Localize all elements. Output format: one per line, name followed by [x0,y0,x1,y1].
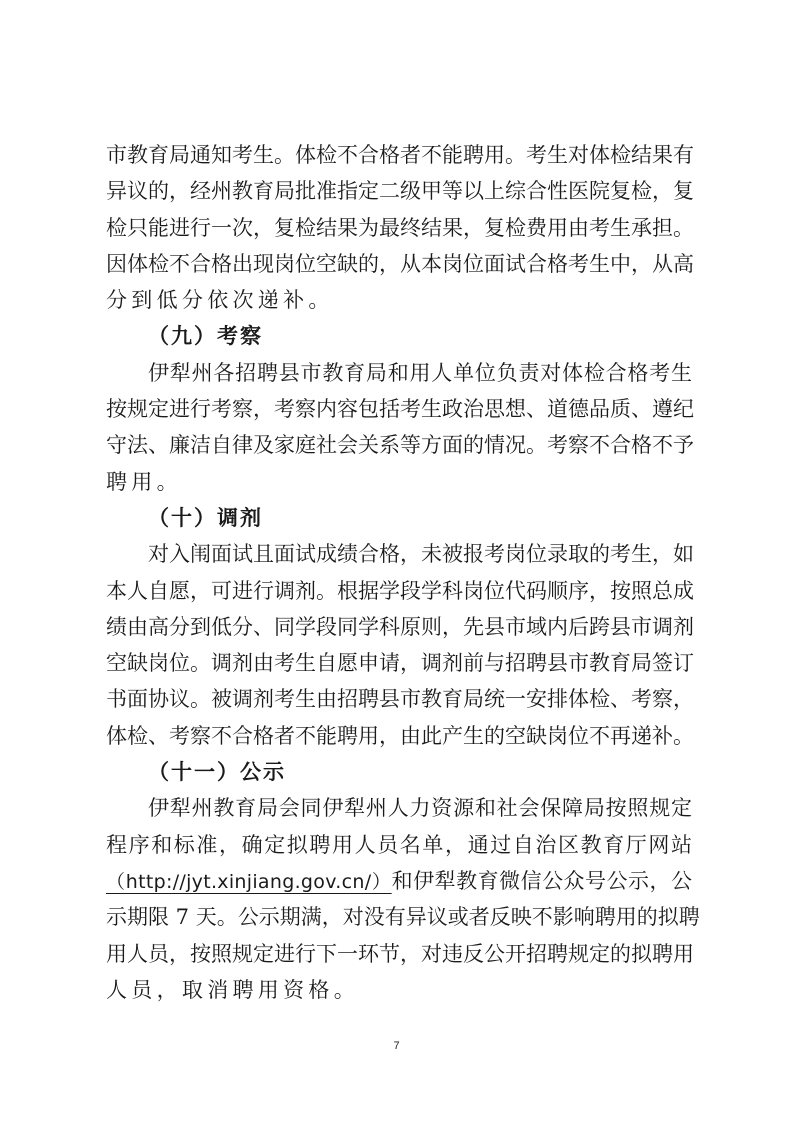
education-department-website-link[interactable]: （http://jyt.xinjiang.gov.cn/） [106,871,392,893]
text-line: 异议的，经州教育局批准指定二级甲等以上综合性医院复检，复 [106,173,692,209]
text-line: 聘用。 [106,464,692,500]
text-line-with-link: （http://jyt.xinjiang.gov.cn/）和伊犁教育微信公众号公… [106,863,692,899]
text-line: 守法、廉洁自律及家庭社会关系等方面的情况。考察不合格不予 [106,427,692,463]
text-line: 对入闱面试且面试成绩合格，未被报考岗位录取的考生，如 [106,536,692,572]
text-line: 分到低分依次递补。 [106,282,692,318]
text-line: 程序和标准，确定拟聘用人员名单，通过自治区教育厅网站 [106,827,692,863]
text-span: 和伊犁教育微信公众号公示，公 [392,869,692,893]
text-line: 体检、考察不合格者不能聘用，由此产生的空缺岗位不再递补。 [106,718,692,754]
page-number: 7 [0,1040,793,1052]
text-line: 书面协议。被调剂考生由招聘县市教育局统一安排体检、考察， [106,681,692,717]
document-body: 市教育局通知考生。体检不合格者不能聘用。考生对体检结果有 异议的，经州教育局批准… [106,137,692,1008]
section-heading-adjustment: （十）调剂 [106,500,692,536]
text-line: 检只能进行一次，复检结果为最终结果，复检费用由考生承担。 [106,210,692,246]
text-line: 伊犁州各招聘县市教育局和用人单位负责对体检合格考生 [106,355,692,391]
text-line: 示期限 7 天。公示期满，对没有异议或者反映不影响聘用的拟聘 [106,899,692,935]
section-heading-inspection: （九）考察 [106,318,692,354]
section-heading-public-notice: （十一）公示 [106,754,692,790]
text-line: 因体检不合格出现岗位空缺的，从本岗位面试合格考生中，从高 [106,246,692,282]
document-page: 市教育局通知考生。体检不合格者不能聘用。考生对体检结果有 异议的，经州教育局批准… [0,0,793,1122]
text-line: 空缺岗位。调剂由考生自愿申请，调剂前与招聘县市教育局签订 [106,645,692,681]
text-line: 市教育局通知考生。体检不合格者不能聘用。考生对体检结果有 [106,137,692,173]
text-line: 本人自愿，可进行调剂。根据学段学科岗位代码顺序，按照总成 [106,573,692,609]
text-line: 人员，取消聘用资格。 [106,972,692,1008]
text-line: 绩由高分到低分、同学段同学科原则，先县市域内后跨县市调剂 [106,609,692,645]
text-line: 用人员，按照规定进行下一环节，对违反公开招聘规定的拟聘用 [106,936,692,972]
text-line: 按规定进行考察，考察内容包括考生政治思想、道德品质、遵纪 [106,391,692,427]
text-line: 伊犁州教育局会同伊犁州人力资源和社会保障局按照规定 [106,790,692,826]
